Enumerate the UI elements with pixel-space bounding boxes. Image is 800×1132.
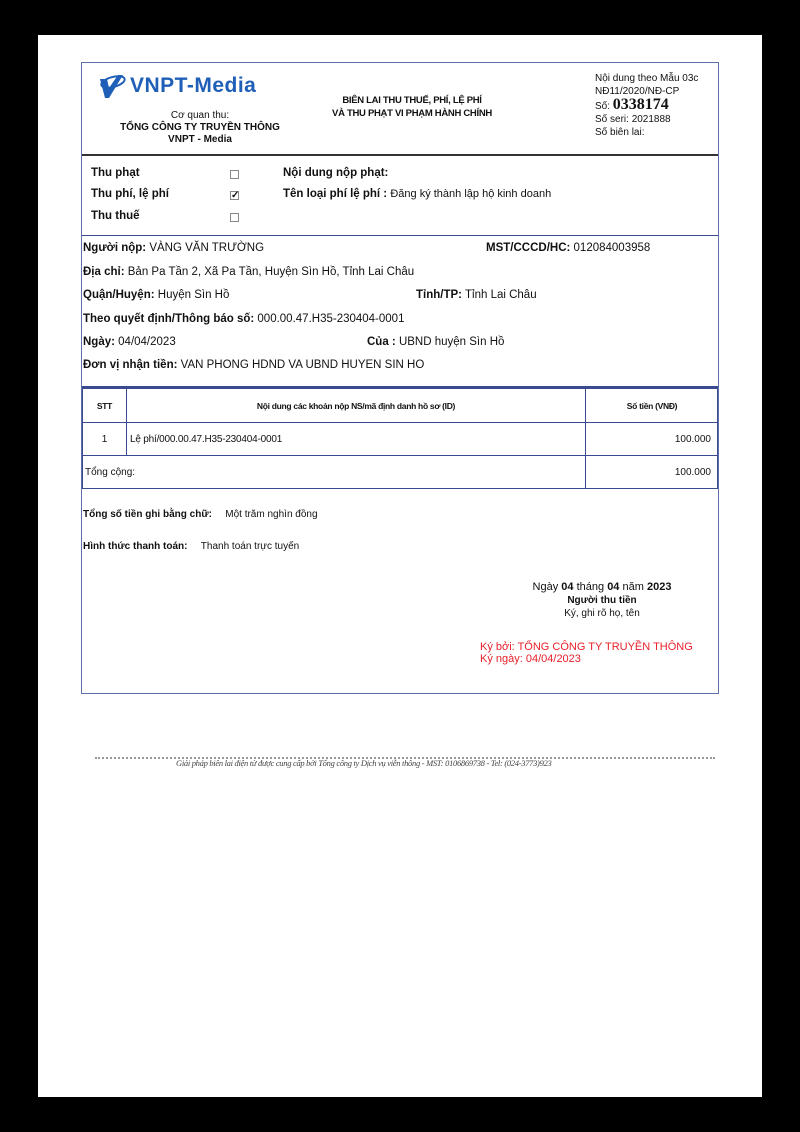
digital-signature[interactable]: Ký bởi: TỔNG CÔNG TY TRUYỀN THÔNG Ký ngà… <box>480 641 693 665</box>
payer-id-value: 012084003958 <box>574 242 651 254</box>
col-stt: STT <box>83 389 127 423</box>
serial-value: 2021888 <box>632 114 671 125</box>
receiving-unit: Đơn vị nhận tiền: VAN PHONG HDND VA UBND… <box>83 359 424 371</box>
signed-by: Ký bởi: TỔNG CÔNG TY TRUYỀN THÔNG <box>480 641 693 653</box>
collector-role: Người thu tiền <box>502 594 702 607</box>
receipt-header: VNPT-Media Cơ quan thu: TỔNG CÔNG TY TRU… <box>82 63 718 156</box>
fee-type-value: Đăng ký thành lập hộ kinh doanh <box>390 188 551 200</box>
sign-instruction: Ký, ghi rõ họ, tên <box>502 607 702 620</box>
serial: Số seri: 2021888 <box>595 113 698 126</box>
penalty-content: Nội dung nộp phạt: <box>283 167 388 179</box>
receipt-no-label: Số biên lai: <box>595 127 644 138</box>
title-line1: BIÊN LAI THU THUẾ, PHÍ, LỆ PHÍ <box>312 94 512 107</box>
fee-type: Tên loại phí lệ phí : Đăng ký thành lập … <box>283 188 551 200</box>
method-value: Thanh toán trực tuyến <box>201 541 299 552</box>
table-total-row: Tổng cộng: 100.000 <box>83 456 718 489</box>
receiver-value: VAN PHONG HDND VA UBND HUYEN SIN HO <box>181 359 425 371</box>
words-label: Tổng số tiền ghi bằng chữ: <box>83 509 212 520</box>
agency-name-line1: TỔNG CÔNG TY TRUYỀN THÔNG <box>100 122 300 134</box>
decision-label: Theo quyết định/Thông báo số: <box>83 313 254 325</box>
items-table: STT Nội dung các khoản nộp NS/mã định da… <box>82 388 718 489</box>
payer-name-value: VÀNG VĂN TRƯỜNG <box>149 242 264 254</box>
district-value: Huyện Sìn Hồ <box>158 289 230 301</box>
collection-types: Thu phạt Thu phí, lệ phí Thu thuế ✓ Nội … <box>82 156 718 236</box>
number-value: 0338174 <box>613 96 669 113</box>
checkbox-fee[interactable]: ✓ <box>230 191 239 200</box>
form-note-1: Nội dung theo Mẫu 03c <box>595 72 698 85</box>
year-prefix: năm <box>623 581 644 593</box>
date-value: 04/04/2023 <box>118 336 176 348</box>
type-label-penalty: Thu phạt <box>91 167 140 179</box>
fee-type-label: Tên loại phí lệ phí : <box>283 188 387 200</box>
decision-issuer: Của : UBND huyện Sìn Hồ <box>367 336 504 348</box>
date-label: Ngày: <box>83 336 115 348</box>
receipt: VNPT-Media Cơ quan thu: TỔNG CÔNG TY TRU… <box>81 62 719 694</box>
province-label: Tỉnh/TP: <box>416 289 462 301</box>
checkbox-tax[interactable] <box>230 213 239 222</box>
amount-in-words: Tổng số tiền ghi bằng chữ: Một trăm nghì… <box>83 504 318 522</box>
total-label: Tổng cộng: <box>83 456 586 489</box>
col-content: Nội dung các khoản nộp NS/mã định danh h… <box>127 389 586 423</box>
date-prefix: Ngày <box>533 581 559 593</box>
decision-number: Theo quyết định/Thông báo số: 000.00.47.… <box>83 313 404 325</box>
payer-address: Địa chỉ: Bản Pa Tần 2, Xã Pa Tần, Huyện … <box>83 266 414 278</box>
vnpt-logo-icon <box>96 73 126 99</box>
table-row: 1 Lệ phí/000.00.47.H35-230404-0001 100.0… <box>83 423 718 456</box>
brand-name: VNPT-Media <box>130 74 256 98</box>
serial-label: Số seri: <box>595 114 629 125</box>
month-prefix: tháng <box>577 581 605 593</box>
payer-id: MST/CCCD/HC: 012084003958 <box>486 242 650 254</box>
agency-name-line2: VNPT - Media <box>100 134 300 146</box>
payer-id-label: MST/CCCD/HC: <box>486 242 570 254</box>
payer-name-label: Người nộp: <box>83 242 146 254</box>
district-label: Quận/Huyện: <box>83 289 155 301</box>
row-stt: 1 <box>83 423 127 456</box>
sign-month: 04 <box>607 581 619 593</box>
method-label: Hình thức thanh toán: <box>83 541 187 552</box>
total-amount: 100.000 <box>586 456 718 489</box>
receipt-number: Số: 0338174 <box>595 98 698 113</box>
number-label: Số: <box>595 101 610 112</box>
signature-block: Ngày 04 tháng 04 năm 2023 Người thu tiền… <box>502 581 702 620</box>
decision-value: 000.00.47.H35-230404-0001 <box>257 313 404 325</box>
payment-method: Hình thức thanh toán: Thanh toán trực tu… <box>83 536 299 554</box>
penalty-content-label: Nội dung nộp phạt: <box>283 167 388 179</box>
issuer-value: UBND huyện Sìn Hồ <box>399 336 504 348</box>
sign-year: 2023 <box>647 581 671 593</box>
col-amount: Số tiền (VNĐ) <box>586 389 718 423</box>
row-amount: 100.000 <box>586 423 718 456</box>
payer-info: Người nộp: VÀNG VĂN TRƯỜNG MST/CCCD/HC: … <box>82 236 718 388</box>
type-label-tax: Thu thuế <box>91 210 140 222</box>
receiver-label: Đơn vị nhận tiền: <box>83 359 177 371</box>
receipt-no: Số biên lai: <box>595 126 698 139</box>
title-line2: VÀ THU PHẠT VI PHẠM HÀNH CHÍNH <box>312 107 512 120</box>
decision-date: Ngày: 04/04/2023 <box>83 336 176 348</box>
issuer-label: Của : <box>367 336 396 348</box>
agency-label: Cơ quan thu: <box>100 110 300 122</box>
document-title: BIÊN LAI THU THUẾ, PHÍ, LỆ PHÍ VÀ THU PH… <box>312 94 512 120</box>
signature-date: Ngày 04 tháng 04 năm 2023 <box>502 581 702 594</box>
sign-day: 04 <box>561 581 573 593</box>
form-meta: Nội dung theo Mẫu 03c NĐ11/2020/NĐ-CP Số… <box>595 72 698 139</box>
checkbox-penalty[interactable] <box>230 170 239 179</box>
table-header: STT Nội dung các khoản nộp NS/mã định da… <box>83 389 718 423</box>
address-label: Địa chỉ: <box>83 266 125 278</box>
payer-province: Tỉnh/TP: Tỉnh Lai Châu <box>416 289 537 301</box>
document-page: VNPT-Media Cơ quan thu: TỔNG CÔNG TY TRU… <box>38 35 762 1097</box>
type-label-fee: Thu phí, lệ phí <box>91 188 169 200</box>
address-value: Bản Pa Tần 2, Xã Pa Tần, Huyện Sìn Hồ, T… <box>128 266 414 278</box>
province-value: Tỉnh Lai Châu <box>465 289 537 301</box>
footer-note: Giải pháp biên lai điện tử được cung cấp… <box>176 758 551 768</box>
words-value: Một trăm nghìn đồng <box>225 509 317 520</box>
signed-date: Ký ngày: 04/04/2023 <box>480 653 693 665</box>
payer-name: Người nộp: VÀNG VĂN TRƯỜNG <box>83 242 264 254</box>
row-content: Lệ phí/000.00.47.H35-230404-0001 <box>127 423 586 456</box>
brand-logo: VNPT-Media <box>96 73 256 99</box>
collecting-agency: Cơ quan thu: TỔNG CÔNG TY TRUYỀN THÔNG V… <box>100 110 300 146</box>
payer-district: Quận/Huyện: Huyện Sìn Hồ <box>83 289 229 301</box>
